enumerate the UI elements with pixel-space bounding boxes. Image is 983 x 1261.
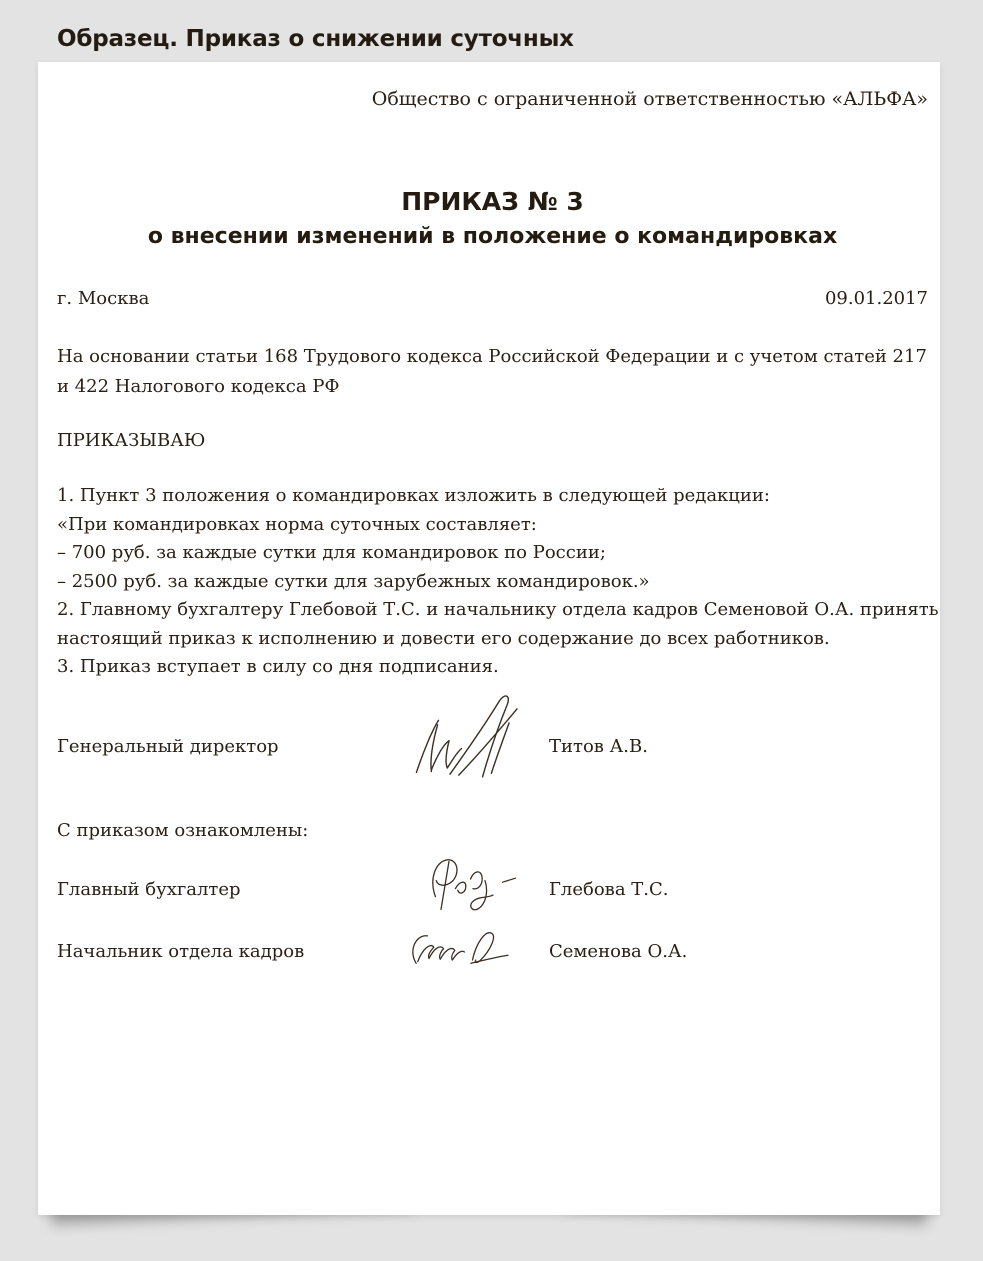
order-item: настоящий приказ к исполнению и довести … [57,625,928,654]
order-subtitle: о внесении изменений в положение о коман… [57,222,928,252]
order-items: 1. Пункт 3 положения о командировках изл… [57,482,928,682]
meta-row: г. Москва 09.01.2017 [57,286,928,312]
signature-role: Генеральный директор [57,734,389,760]
order-item: – 2500 руб. за каждые сутки для зарубежн… [57,568,928,597]
order-title: ПРИКАЗ № 3 [57,186,928,218]
signature-role: Главный бухгалтер [57,877,389,903]
order-item: 3. Приказ вступает в силу со дня подписа… [57,653,928,682]
page-title: Образец. Приказ о снижении суточных [57,26,574,52]
date-label: 09.01.2017 [825,286,928,312]
order-word: ПРИКАЗЫВАЮ [57,426,928,456]
preamble-line: На основании статьи 168 Трудового кодекс… [57,342,928,372]
preamble-line: и 422 Налогового кодекса РФ [57,372,928,402]
signature-name: Семенова О.А. [549,939,928,965]
glebova-signature-image [389,869,549,911]
city-label: г. Москва [57,286,149,312]
signature-row-accountant: Главный бухгалтер Глебова Т.С. [57,862,928,918]
signature-role: Начальник отдела кадров [57,939,389,965]
order-item: – 700 руб. за каждые сутки для командиро… [57,539,928,568]
titov-signature-image [389,724,549,769]
company-name: Общество с ограниченной ответственностью… [57,86,928,112]
signature-name: Глебова Т.С. [549,877,928,903]
order-item: 2. Главному бухгалтеру Глебовой Т.С. и н… [57,596,928,625]
signature-row-director: Генеральный директор Титов А.В. [57,717,928,777]
signature-name: Титов А.В. [549,734,928,760]
semenova-signature-image [389,929,549,975]
preamble: На основании статьи 168 Трудового кодекс… [57,342,928,402]
signature-row-hr: Начальник отдела кадров Семенова О.А. [57,924,928,980]
order-item: «При командировках норма суточных состав… [57,511,928,540]
document-paper: Общество с ограниченной ответственностью… [38,62,940,1215]
acknowledged-label: С приказом ознакомлены: [57,818,928,844]
order-item: 1. Пункт 3 положения о командировках изл… [57,482,928,511]
